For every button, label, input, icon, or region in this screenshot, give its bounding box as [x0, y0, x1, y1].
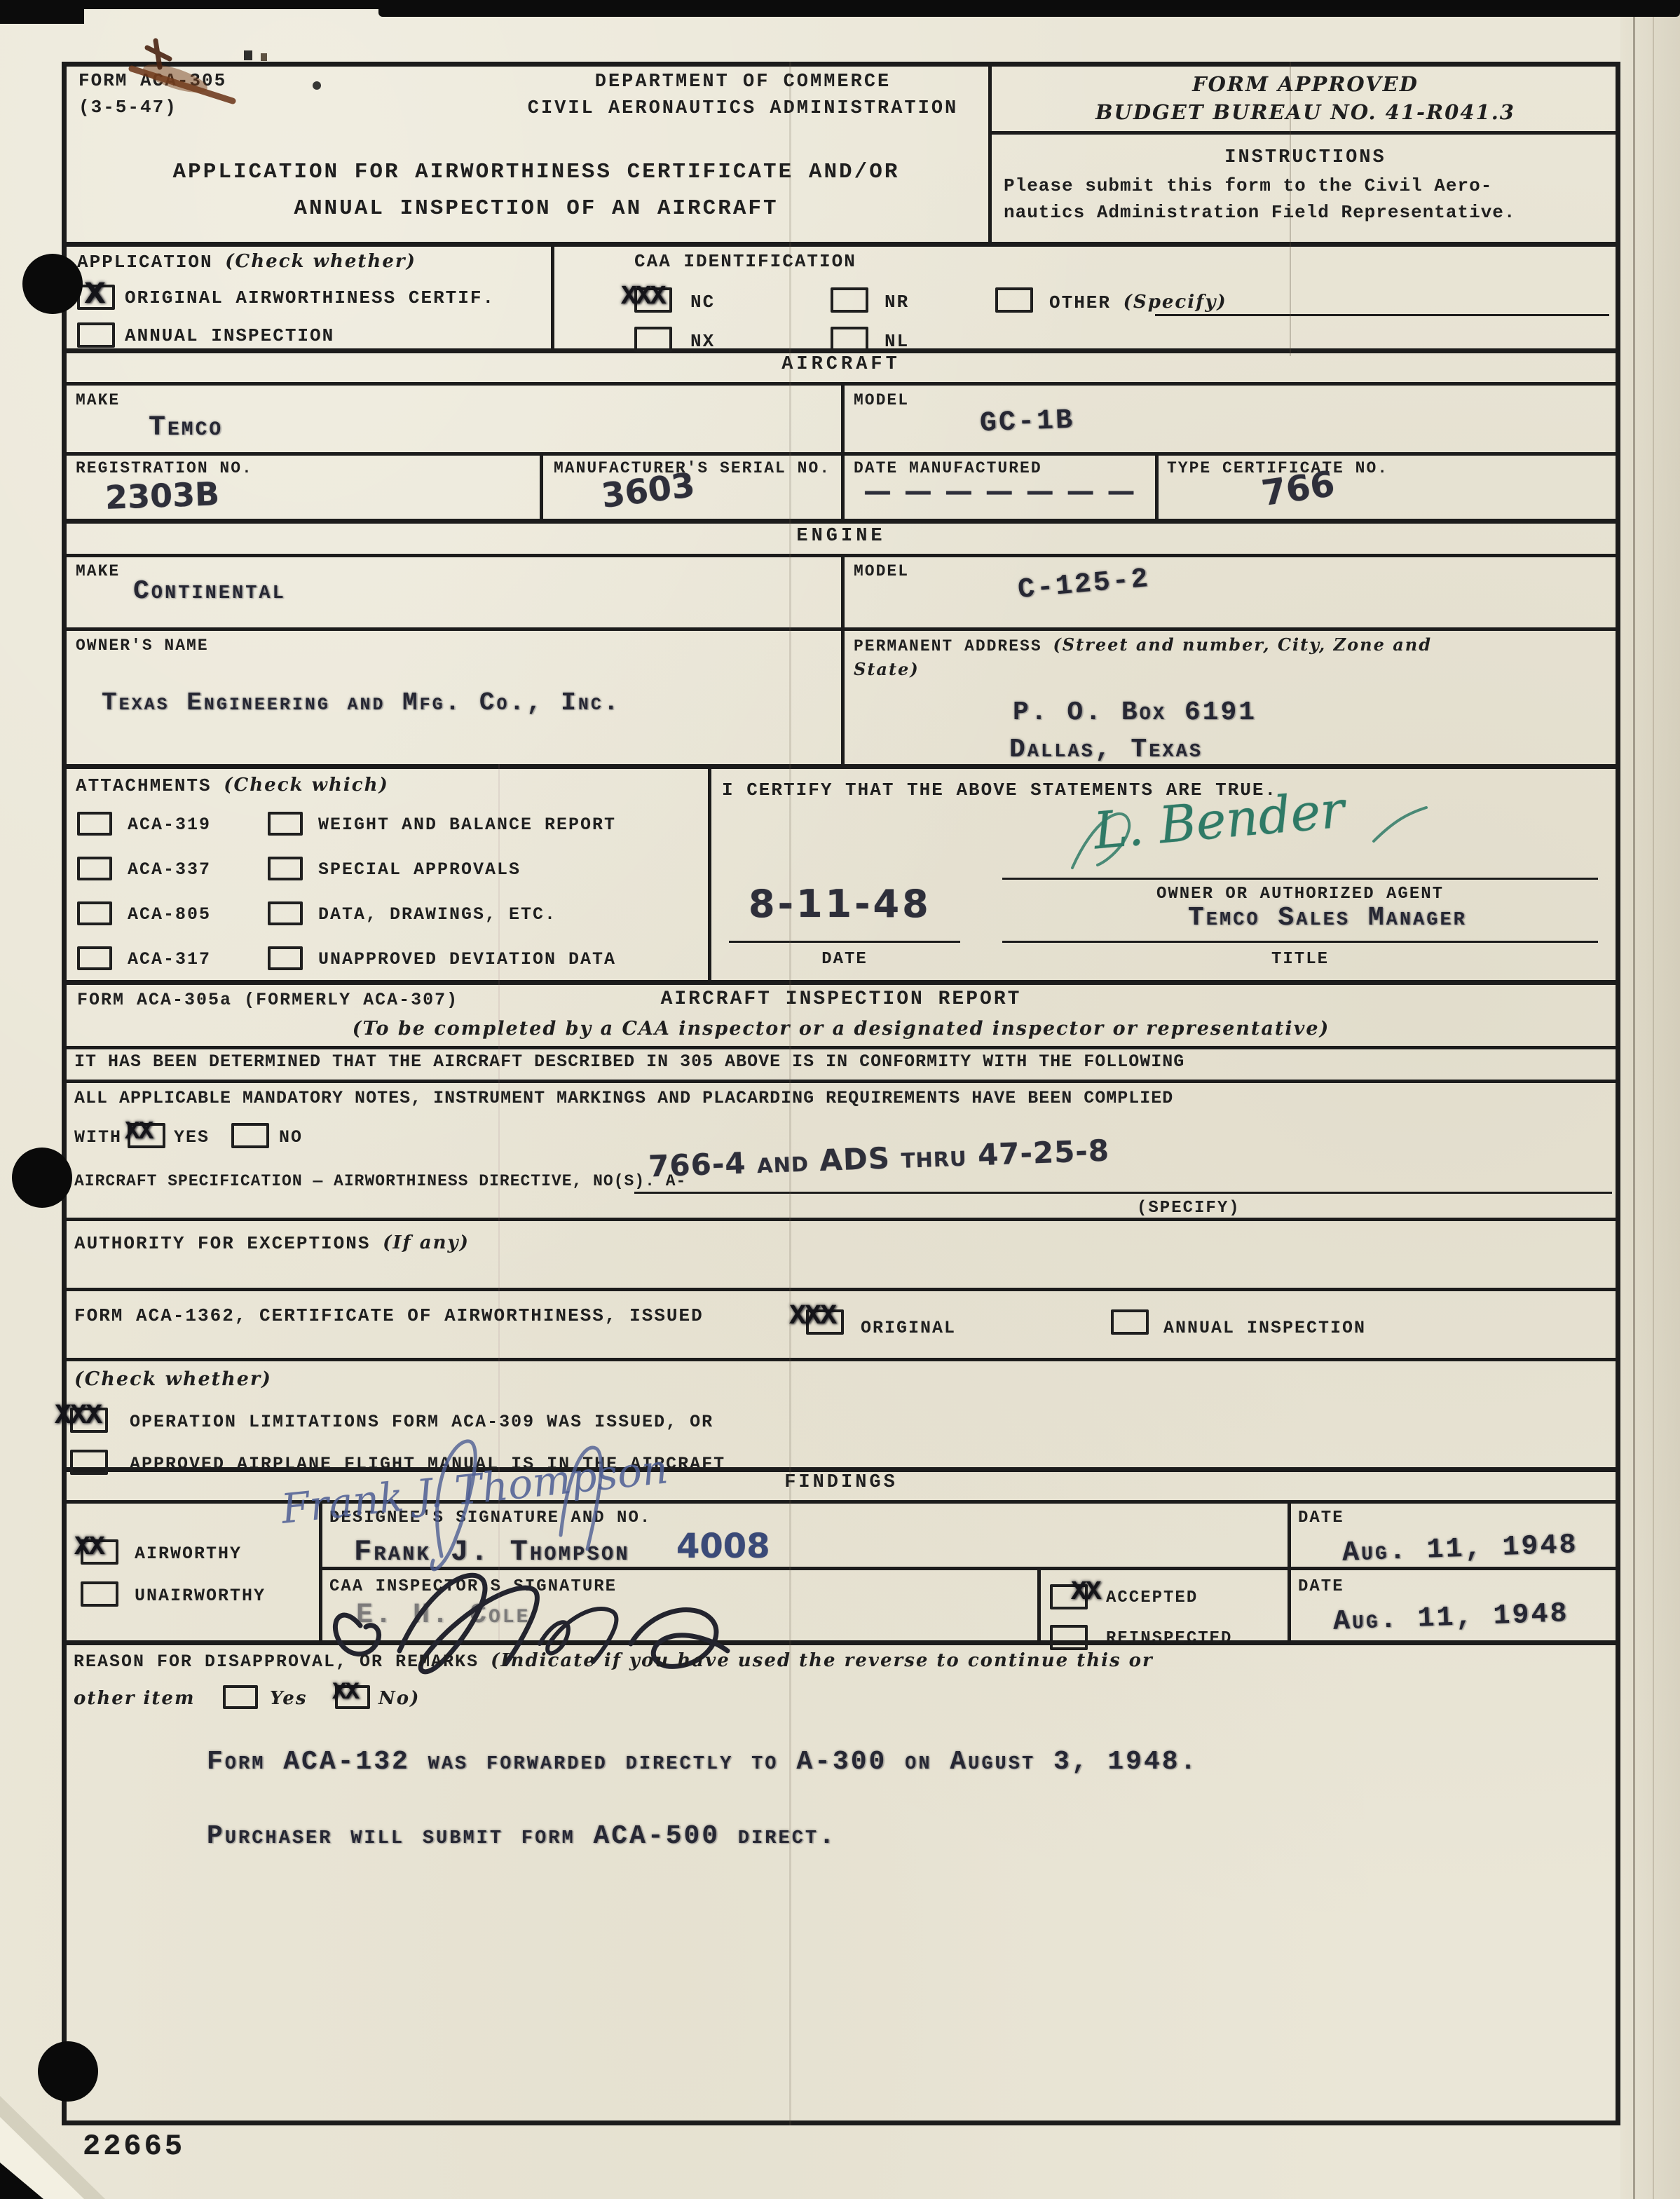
- checkbox-aca805: [77, 901, 112, 925]
- rule: [64, 242, 1618, 247]
- rule: [64, 764, 1618, 769]
- aircraft-section-title: AIRCRAFT: [67, 354, 1616, 375]
- application-option-annual: ANNUAL INSPECTION: [125, 325, 334, 346]
- instructions-line1: Please submit this form to the Civil Aer…: [1004, 175, 1492, 196]
- caa-option-nl: NL: [885, 331, 909, 352]
- attachments-option-aca317: ACA-317: [128, 949, 211, 969]
- checkbox-remarks-yes: [223, 1685, 258, 1709]
- checkbox-other: [995, 287, 1033, 313]
- aircraft-model-value: GC-1B: [979, 405, 1075, 440]
- spec-line: [634, 1192, 1612, 1194]
- rule: [1155, 452, 1159, 519]
- rule: [1037, 1567, 1041, 1640]
- rule: [64, 519, 1618, 524]
- agency-line1: DEPARTMENT OF COMMERCE: [463, 72, 1023, 93]
- attachments-option-aca337: ACA-337: [128, 859, 211, 880]
- form-approved-line2: BUDGET BUREAU NO. 41-R041.3: [995, 100, 1616, 124]
- owner-signature-line: [1002, 878, 1598, 880]
- issued-original-label: ORIGINAL: [861, 1318, 956, 1338]
- determination-text: IT HAS BEEN DETERMINED THAT THE AIRCRAFT…: [74, 1051, 1184, 1072]
- fold-crease-header: [1290, 62, 1291, 356]
- scan-edge-top-thick: [378, 0, 1680, 17]
- aircraft-make-value: Temco: [149, 412, 223, 444]
- paper-edge-line2: [1653, 0, 1654, 2199]
- agency-line2: CIVIL AERONAUTICS ADMINISTRATION: [463, 98, 1023, 119]
- aca1362-label: FORM ACA-1362, CERTIFICATE OF AIRWORTHIN…: [74, 1305, 704, 1326]
- permanent-address-label: PERMANENT ADDRESS (Street and number, Ci…: [854, 634, 1432, 655]
- authority-text: AUTHORITY FOR EXCEPTIONS: [74, 1233, 370, 1254]
- unairworthy-label: UNAIRWORTHY: [135, 1586, 266, 1606]
- checkbox-aca319: [77, 812, 112, 836]
- certify-date-label: DATE: [729, 950, 960, 969]
- checkbox-op-limitations-mark: XXX: [55, 1401, 101, 1432]
- report-title: AIRCRAFT INSPECTION REPORT: [67, 988, 1616, 1010]
- remarks-note2: other item: [74, 1688, 196, 1709]
- certify-title-line: [1002, 941, 1598, 943]
- complied-yes-label: YES: [174, 1127, 210, 1148]
- checkbox-nc-mark: XXX: [621, 282, 664, 312]
- aircraft-model-label: MODEL: [854, 391, 909, 409]
- rule: [64, 980, 1618, 985]
- certify-date-line: [729, 941, 960, 943]
- attachments-option-special-approvals: SPECIAL APPROVALS: [318, 859, 521, 880]
- attachments-note: (Check which): [224, 775, 389, 796]
- registration-label: REGISTRATION NO.: [76, 459, 253, 477]
- checkbox-unapproved-deviation: [268, 946, 303, 970]
- checkbox-weight-balance: [268, 812, 303, 836]
- attachments-label: ATTACHMENTS (Check which): [76, 775, 389, 796]
- application-note: (Check whether): [225, 251, 416, 272]
- title-stamp-value: Temco Sales Manager: [1188, 903, 1467, 933]
- checkbox-nx: [634, 327, 672, 352]
- certify-date-value: 8-11-48: [749, 882, 931, 926]
- permanent-address-note2: State): [854, 659, 920, 679]
- checkbox-nl: [831, 327, 868, 352]
- rule: [841, 627, 845, 764]
- rule: [1288, 1500, 1291, 1640]
- attachments-option-unapproved-deviation: UNAPPROVED DEVIATION DATA: [318, 949, 616, 969]
- checkbox-aca337: [77, 857, 112, 880]
- remarks-yes-label: Yes: [270, 1688, 307, 1709]
- caa-option-other-note: (Specify): [1124, 292, 1227, 313]
- remarks-note1: (Indicate if you have used the reverse t…: [491, 1650, 1154, 1671]
- instructions-title: INSTRUCTIONS: [995, 147, 1616, 168]
- certify-title-label: TITLE: [1002, 950, 1598, 969]
- spec-label: AIRCRAFT SPECIFICATION — AIRWORTHINESS D…: [74, 1172, 686, 1190]
- form-approved-line1: FORM APPROVED: [995, 72, 1616, 96]
- application-label-text: APPLICATION: [77, 252, 213, 273]
- registration-value: 2303B: [104, 475, 220, 517]
- scan-edge-topleft: [0, 0, 84, 24]
- rule: [841, 554, 845, 627]
- rule: [64, 1218, 1618, 1221]
- checkbox-issued-annual: [1111, 1309, 1149, 1335]
- remarks-line1: Form ACA-132 was forwarded directly to A…: [207, 1747, 1198, 1777]
- attachments-text: ATTACHMENTS: [76, 775, 212, 796]
- checkbox-accepted-mark: XX: [1071, 1577, 1100, 1607]
- checkbox-original-mark: X: [84, 278, 104, 310]
- rule: [64, 1046, 1618, 1049]
- engine-make-value: Continental: [133, 576, 286, 606]
- airworthy-label: AIRWORTHY: [135, 1544, 242, 1564]
- rule: [64, 1640, 1618, 1645]
- accepted-label: ACCEPTED: [1106, 1588, 1198, 1607]
- owner-signature-caption: OWNER OR AUTHORIZED AGENT: [1002, 885, 1598, 904]
- check-whether-note: (Check whether): [74, 1368, 272, 1390]
- checkbox-reinspected: [1050, 1625, 1088, 1650]
- attachments-option-data-drawings: DATA, DRAWINGS, ETC.: [318, 904, 556, 925]
- reinspected-label: REINSPECTED: [1106, 1629, 1232, 1648]
- permanent-address-text: PERMANENT ADDRESS: [854, 637, 1042, 655]
- vertical-crease: [789, 62, 791, 2125]
- rule: [64, 1080, 1618, 1083]
- engine-model-label: MODEL: [854, 562, 909, 580]
- folded-corner: [0, 2061, 154, 2199]
- other-specify-line: [1155, 314, 1609, 316]
- checkbox-annual-inspection: [77, 322, 115, 348]
- page-title-line1: APPLICATION FOR AIRWORTHINESS CERTIFICAT…: [105, 160, 967, 184]
- caa-option-nx: NX: [690, 331, 715, 352]
- punch-hole-top: [22, 254, 83, 314]
- scanned-form-page: FORM ACA-305 (3-5-47) DEPARTMENT OF COMM…: [0, 0, 1680, 2199]
- report-subtitle: (To be completed by a CAA inspector or a…: [67, 1018, 1616, 1040]
- checkbox-flight-manual: [70, 1450, 108, 1475]
- checkbox-complied-yes-mark: XX: [125, 1117, 152, 1146]
- designee-date-label: DATE: [1298, 1509, 1344, 1527]
- page-title-line2: ANNUAL INSPECTION OF AN AIRCRAFT: [105, 196, 967, 221]
- complied-no-label: NO: [279, 1127, 303, 1148]
- checkbox-data-drawings: [268, 901, 303, 925]
- rule: [841, 382, 845, 452]
- owner-address-line1: P. O. Box 6191: [1013, 697, 1257, 728]
- remarks-line2: Purchaser will submit form ACA-500 direc…: [207, 1821, 837, 1851]
- compliance-text: ALL APPLICABLE MANDATORY NOTES, INSTRUME…: [74, 1088, 1173, 1108]
- checkbox-issued-original-mark: XXX: [789, 1301, 835, 1333]
- rule: [708, 764, 711, 980]
- instructions-line2: nautics Administration Field Representat…: [1004, 202, 1516, 223]
- application-option-original: ORIGINAL AIRWORTHINESS CERTIF.: [125, 287, 495, 308]
- checkbox-unairworthy: [81, 1581, 118, 1607]
- checkbox-aca317: [77, 946, 112, 970]
- remarks-no-label: No): [378, 1688, 420, 1709]
- vertical-crease-light: [498, 764, 500, 1640]
- checkbox-airworthy-mark: XX: [74, 1532, 104, 1563]
- attachments-option-aca805: ACA-805: [128, 904, 211, 925]
- owner-name-value: Texas Engineering and Mfg. Co., Inc.: [102, 688, 621, 717]
- caa-option-nc: NC: [690, 292, 715, 313]
- rule: [540, 452, 543, 519]
- rule: [990, 131, 1618, 135]
- checkbox-complied-no: [231, 1123, 269, 1148]
- permanent-address-note1: (Street and number, City, Zone and: [1053, 634, 1432, 655]
- paper-edge-line1: [1633, 0, 1635, 2199]
- caa-option-other: OTHER (Specify): [1049, 292, 1227, 313]
- application-label: APPLICATION (Check whether): [77, 251, 416, 273]
- authority-note: (If any): [383, 1232, 470, 1253]
- authority-label: AUTHORITY FOR EXCEPTIONS (If any): [74, 1232, 470, 1254]
- checkbox-remarks-no-mark: XX: [332, 1680, 358, 1706]
- checkbox-special-approvals: [268, 857, 303, 880]
- with-label: WITH: [74, 1127, 122, 1148]
- owner-signature-flourish: [1044, 792, 1451, 883]
- owner-name-label: OWNER'S NAME: [76, 636, 209, 655]
- ink-smudge-marks: [70, 7, 435, 119]
- attachments-option-weight-balance: WEIGHT AND BALANCE REPORT: [318, 815, 616, 835]
- caa-option-nr: NR: [885, 292, 909, 313]
- specify-note: (SPECIFY): [1137, 1199, 1241, 1218]
- aircraft-make-label: MAKE: [76, 391, 120, 409]
- rule: [551, 242, 554, 348]
- caa-option-other-text: OTHER: [1049, 292, 1111, 313]
- rule: [841, 452, 845, 519]
- rule: [64, 1288, 1618, 1291]
- rule: [64, 1358, 1618, 1361]
- checkbox-nr: [831, 287, 868, 313]
- engine-make-label: MAKE: [76, 562, 120, 580]
- issued-annual-label: ANNUAL INSPECTION: [1163, 1318, 1366, 1338]
- date-manufactured-value: — — — — — — —: [863, 475, 1137, 508]
- remarks-text: REASON FOR DISAPPROVAL, OR REMARKS: [74, 1652, 479, 1672]
- right-margin-shading: [1620, 0, 1680, 2199]
- attachments-option-aca319: ACA-319: [128, 815, 211, 835]
- engine-section-title: ENGINE: [67, 526, 1616, 547]
- owner-address-line2: Dallas, Texas: [1009, 735, 1203, 765]
- op-limitations-label: OPERATION LIMITATIONS FORM ACA-309 WAS I…: [130, 1412, 713, 1432]
- caa-identification-label: CAA IDENTIFICATION: [634, 251, 856, 272]
- remarks-label: REASON FOR DISAPPROVAL, OR REMARKS (Indi…: [74, 1650, 1154, 1672]
- punch-hole-middle: [12, 1148, 72, 1208]
- inspector-date-label: DATE: [1298, 1577, 1344, 1596]
